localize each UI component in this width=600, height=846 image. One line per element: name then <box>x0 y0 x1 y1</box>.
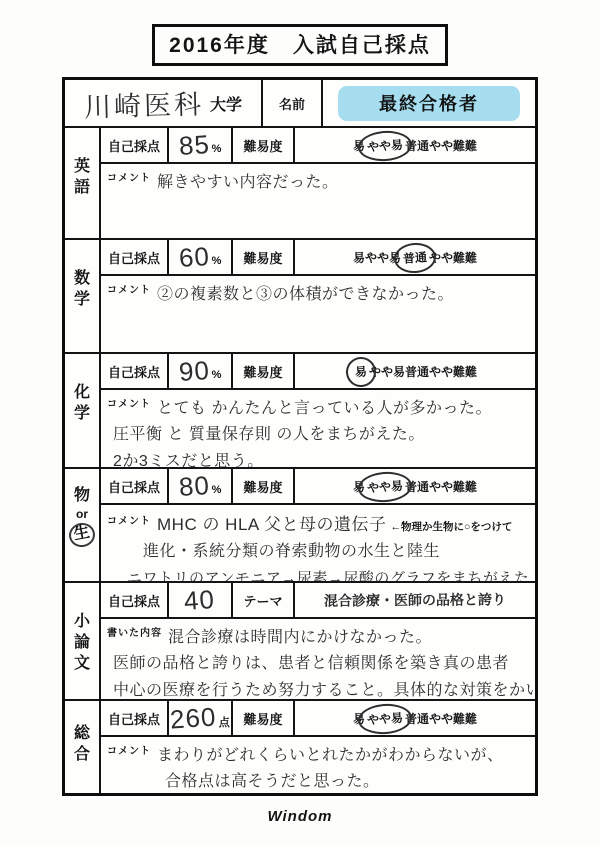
name-label: 名前 <box>263 80 323 126</box>
self-score-label: 自己採点 <box>101 701 169 735</box>
score-value-handwritten: 60 <box>178 240 211 273</box>
difficulty-option: 難 <box>465 137 477 154</box>
theme-text: 混合診療・医師の品格と誇り <box>324 589 506 611</box>
difficulty-options: 易やや易普通やや難難 <box>295 354 535 388</box>
header-row: 川崎医科 大学 名前 最終合格者 <box>65 80 535 128</box>
difficulty-or-theme-label: 難易度 <box>233 128 295 162</box>
score-unit: % <box>212 484 222 496</box>
difficulty-or-theme-label: 難易度 <box>233 469 295 503</box>
subject-name-char: 学 <box>74 403 90 424</box>
comment-line-handwritten: とても かんたんと言っている人が多かった。 <box>157 400 492 417</box>
score-sheet-table: 川崎医科 大学 名前 最終合格者 英語 自己採点 85 % 難易度 易やや易普通… <box>62 77 538 796</box>
comment-line-handwritten: 圧平衡 と 質量保存則 の人をまちがえた。 <box>113 421 531 448</box>
comment-label: コメント <box>107 516 151 527</box>
self-score-cell: 80 % <box>169 469 233 503</box>
difficulty-option-selected-circle: 普通 <box>393 241 437 274</box>
subject-name-char: or <box>76 506 88 522</box>
subject-name-char: 数 <box>74 268 90 289</box>
subject-name-char: 文 <box>74 653 90 674</box>
self-score-label: 自己採点 <box>101 583 169 617</box>
comment-line-handwritten: 医師の品格と誇りは、患者と信頼関係を築き真の患者 <box>113 650 531 677</box>
score-value-handwritten: 90 <box>178 354 211 387</box>
subject-name: 英語 <box>65 128 101 238</box>
difficulty-option-selected-circle: やや易 <box>357 702 413 736</box>
difficulty-option: やや難 <box>429 478 465 495</box>
score-value-handwritten: 85 <box>178 128 211 161</box>
self-score-label: 自己採点 <box>101 469 169 503</box>
comment-label: コメント <box>107 173 151 184</box>
score-value-handwritten: 80 <box>178 469 211 502</box>
subject-name-char: 物 <box>74 485 90 506</box>
comment-extra-lines: 圧平衡 と 質量保存則 の人をまちがえた。2か3ミスだと思う。 <box>107 421 531 467</box>
comment-area: コメントまわりがどれくらいとれたかがわからないが、 合格点は高そうだと思った。 <box>101 735 535 793</box>
subject-name-char: 英 <box>74 156 90 177</box>
difficulty-option: やや難 <box>429 137 465 154</box>
comment-line-handwritten: 合格点は高そうだと思った。 <box>165 768 531 793</box>
score-value-handwritten: 260 <box>169 701 217 735</box>
self-score-label: 自己採点 <box>101 354 169 388</box>
subject-name: 物or生 <box>65 469 101 581</box>
subject-row-math: 数学 自己採点 60 % 難易度 易やや易普通やや難難 コメント②の複素数と③の… <box>65 240 535 354</box>
difficulty-options: 易やや易普通やや難難 <box>295 128 535 162</box>
comment-area: コメント解きやすい内容だった。 <box>101 162 535 238</box>
subject-row-english: 英語 自己採点 85 % 難易度 易やや易普通やや難難 コメント解きやすい内容だ… <box>65 128 535 240</box>
title-area: 2016年度 入試自己採点 <box>0 0 600 66</box>
score-unit: 点 <box>219 714 230 730</box>
subject-name: 総合 <box>65 701 101 793</box>
self-score-cell: 85 % <box>169 128 233 162</box>
comment-line-handwritten: 中心の医療を行うため努力すること。具体的な対策をかいた。 <box>113 677 531 699</box>
subject-name: 化学 <box>65 354 101 467</box>
comment-area: コメントMHC の HLA 父と母の遺伝子←物理か生物に○をつけて 進化・系統分… <box>101 503 535 581</box>
difficulty-or-theme-label: 難易度 <box>233 240 295 274</box>
difficulty-or-theme-label: 難易度 <box>233 701 295 735</box>
instruction-note: ←物理か生物に○をつけて <box>391 521 513 533</box>
comment-line-handwritten: まわりがどれくらいとれたかがわからないが、 <box>157 747 504 764</box>
comment-label: コメント <box>107 399 151 410</box>
difficulty-option: やや難 <box>429 710 465 727</box>
difficulty-option: やや難 <box>429 363 465 380</box>
comment-line-handwritten: ニワトリのアンモニア→尿素→尿酸のグラフをまちがえた <box>127 565 531 581</box>
subject-name-char: 小 <box>74 611 90 632</box>
difficulty-options: 易やや易普通やや難難 <box>295 701 535 735</box>
comment-label: コメント <box>107 746 151 757</box>
self-score-cell: 90 % <box>169 354 233 388</box>
difficulty-option: 難 <box>465 478 477 495</box>
subject-row-physics-or-biology: 物or生 自己採点 80 % 難易度 易やや易普通やや難難 コメントMHC の … <box>65 469 535 583</box>
self-score-cell: 260 点 <box>169 701 233 735</box>
comment-line-handwritten: 2か3ミスだと思う。 <box>113 448 531 467</box>
subject-name-char: 語 <box>74 177 90 198</box>
comment-label: 書いた内容 <box>107 628 162 639</box>
subject-rows-container: 英語 自己採点 85 % 難易度 易やや易普通やや難難 コメント解きやすい内容だ… <box>65 128 535 793</box>
self-score-cell: 40 <box>169 583 233 617</box>
school-cell: 川崎医科 大学 <box>65 80 263 126</box>
comment-area: コメントとても かんたんと言っている人が多かった。 圧平衡 と 質量保存則 の人… <box>101 388 535 467</box>
result-badge: 最終合格者 <box>338 86 520 121</box>
difficulty-option-selected-circle: やや易 <box>357 470 413 504</box>
comment-line-handwritten: ②の複素数と③の体積ができなかった。 <box>157 286 454 303</box>
difficulty-or-theme-label: テーマ <box>233 583 295 617</box>
badge-cell: 最終合格者 <box>323 80 535 126</box>
difficulty-option: 難 <box>465 710 477 727</box>
subject-row-total: 総合 自己採点 260 点 難易度 易やや易普通やや難難 コメントまわりがどれく… <box>65 701 535 793</box>
difficulty-or-theme-label: 難易度 <box>233 354 295 388</box>
subject-name-char: 総 <box>74 723 90 744</box>
subject-name-char: 化 <box>74 382 90 403</box>
subject-name-char: 論 <box>74 632 90 653</box>
brand-logo-text: Windom <box>0 808 600 825</box>
self-score-label: 自己採点 <box>101 128 169 162</box>
self-score-cell: 60 % <box>169 240 233 274</box>
comment-line-handwritten: 解きやすい内容だった。 <box>157 174 339 191</box>
comment-area: 書いた内容混合診療は時間内にかけなかった。 医師の品格と誇りは、患者と信頼関係を… <box>101 617 535 699</box>
theme-handwritten: 混合診療・医師の品格と誇り <box>295 583 535 617</box>
comment-extra-lines: 進化・系統分類の脊索動物の水生と陸生ニワトリのアンモニア→尿素→尿酸のグラフをま… <box>107 538 531 581</box>
score-value-handwritten: 40 <box>182 583 215 616</box>
subject-row-essay: 小論文 自己採点 40 テーマ 混合診療・医師の品格と誇り 書いた内容混合診療は… <box>65 583 535 701</box>
subject-name-char: 生 <box>67 521 97 549</box>
difficulty-option: 難 <box>465 249 477 266</box>
difficulty-option: 難 <box>465 363 477 380</box>
page-title: 2016年度 入試自己採点 <box>152 24 448 66</box>
score-unit: % <box>212 143 222 155</box>
score-unit: % <box>212 255 222 267</box>
comment-line-handwritten: 進化・系統分類の脊索動物の水生と陸生 <box>143 538 531 565</box>
subject-name-char: 合 <box>74 744 90 765</box>
comment-area: コメント②の複素数と③の体積ができなかった。 <box>101 274 535 352</box>
difficulty-options: 易やや易普通やや難難 <box>295 469 535 503</box>
self-score-label: 自己採点 <box>101 240 169 274</box>
comment-label: コメント <box>107 285 151 296</box>
subject-name: 数学 <box>65 240 101 352</box>
subject-name: 小論文 <box>65 583 101 699</box>
score-unit: % <box>212 369 222 381</box>
difficulty-option-selected-circle: やや易 <box>357 129 413 163</box>
school-suffix-label: 大学 <box>210 92 242 115</box>
subject-name-char: 学 <box>74 289 90 310</box>
difficulty-option: 易 <box>353 249 365 266</box>
difficulty-options: 易やや易普通やや難難 <box>295 240 535 274</box>
difficulty-option-selected-circle: 易 <box>345 355 377 387</box>
school-name-handwritten: 川崎医科 <box>83 82 204 124</box>
subject-row-chemistry: 化学 自己採点 90 % 難易度 易やや易普通やや難難 コメントとても かんたん… <box>65 354 535 469</box>
comment-extra-lines: 医師の品格と誇りは、患者と信頼関係を築き真の患者中心の医療を行うため努力すること… <box>107 650 531 699</box>
difficulty-option: 普通 <box>405 363 429 380</box>
comment-line-handwritten: 混合診療は時間内にかけなかった。 <box>168 629 432 646</box>
comment-line-handwritten: MHC の HLA 父と母の遺伝子 <box>157 515 387 534</box>
comment-extra-lines: 合格点は高そうだと思った。 <box>107 768 531 793</box>
